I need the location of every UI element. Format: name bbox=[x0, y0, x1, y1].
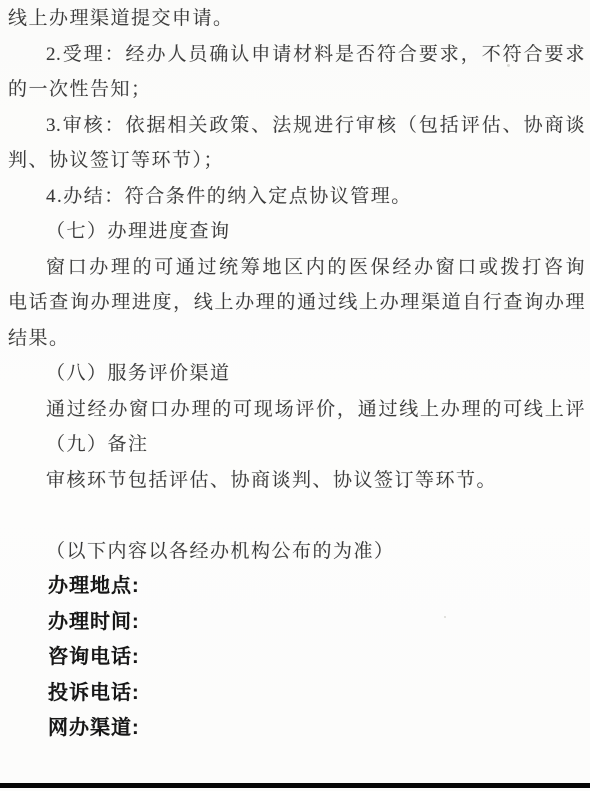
line-step-4-complete: 4.办结：符合条件的纳入定点协议管理。 bbox=[8, 179, 585, 215]
label-inquiry-phone: 咨询电话: bbox=[8, 640, 585, 676]
blank-spacer bbox=[8, 498, 585, 534]
line-disclaimer: （以下内容以各经办机构公布的为准） bbox=[8, 534, 585, 570]
heading-section-9-remarks: （九）备注 bbox=[8, 427, 585, 463]
line-progress-inquiry-3: 结果。 bbox=[8, 321, 585, 357]
scan-speck bbox=[444, 616, 446, 618]
scanner-edge-artifact-bar bbox=[0, 783, 590, 788]
line-remarks: 审核环节包括评估、协商谈判、协议签订等环节。 bbox=[8, 463, 585, 499]
document-body: 线上办理渠道提交申请。2.受理：经办人员确认申请材料是否符合要求，不符合要求的一… bbox=[8, 1, 585, 747]
heading-section-7-progress-inquiry: （七）办理进度查询 bbox=[8, 214, 585, 250]
label-service-hours: 办理时间: bbox=[8, 605, 585, 641]
line-step-3-review: 3.审核：依据相关政策、法规进行审核（包括评估、协商谈 bbox=[8, 108, 585, 144]
label-service-location: 办理地点: bbox=[8, 569, 585, 605]
line-online-channel-submit: 线上办理渠道提交申请。 bbox=[8, 1, 585, 37]
line-progress-inquiry-2: 电话查询办理进度，线上办理的通过线上办理渠道自行查询办理 bbox=[8, 285, 585, 321]
line-step-2-accept: 2.受理：经办人员确认申请材料是否符合要求，不符合要求 bbox=[8, 37, 585, 73]
scan-speck bbox=[507, 64, 510, 67]
heading-section-8-service-evaluation: （八）服务评价渠道 bbox=[8, 356, 585, 392]
line-step-2-accept-cont: 的一次性告知； bbox=[8, 72, 585, 108]
label-online-service-channel: 网办渠道: bbox=[8, 711, 585, 747]
line-progress-inquiry-1: 窗口办理的可通过统筹地区内的医保经办窗口或拨打咨询 bbox=[8, 250, 585, 286]
scanned-document-page: 线上办理渠道提交申请。2.受理：经办人员确认申请材料是否符合要求，不符合要求的一… bbox=[0, 0, 590, 791]
line-step-3-review-cont: 判、协议签订等环节）； bbox=[8, 143, 585, 179]
label-complaint-phone: 投诉电话: bbox=[8, 676, 585, 712]
line-service-evaluation: 通过经办窗口办理的可现场评价，通过线上办理的可线上评价。 bbox=[8, 392, 585, 428]
